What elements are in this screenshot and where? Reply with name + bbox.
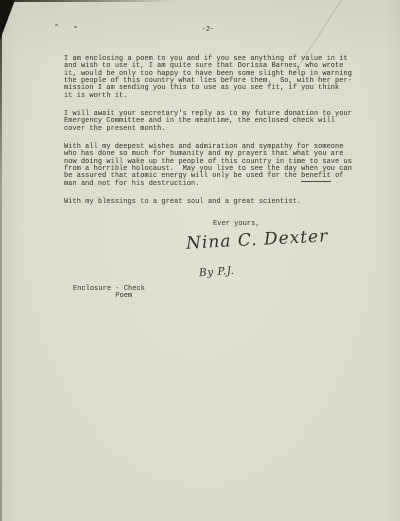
valediction: Ever yours, [213,221,260,228]
paragraph: I will await your secretary's reply as t… [64,111,364,133]
scanned-letter: -2- I am enclosing a poem to you and if … [0,0,400,521]
scan-corner-shadow [0,0,15,40]
enclosure-note: Enclosure - Check Poem [73,286,145,301]
letter-body: I am enclosing a poem to you and if you … [64,56,364,218]
stain-speck [55,24,58,26]
letter-page: -2- I am enclosing a poem to you and if … [0,0,400,521]
paragraph: With all my deepest wishes and admiratio… [64,144,364,188]
paragraph: I am enclosing a poem to you and if you … [64,56,364,100]
signature-by-note: By P.J. [199,265,235,279]
scan-edge-left [0,0,2,521]
underlined-word: benefit [301,172,331,181]
handwritten-signature: Nina C. Dexter [186,226,329,253]
page-number: -2- [65,27,351,34]
scan-edge-top [0,0,175,2]
paragraph: With my blessings to a great soul and a … [64,199,364,206]
